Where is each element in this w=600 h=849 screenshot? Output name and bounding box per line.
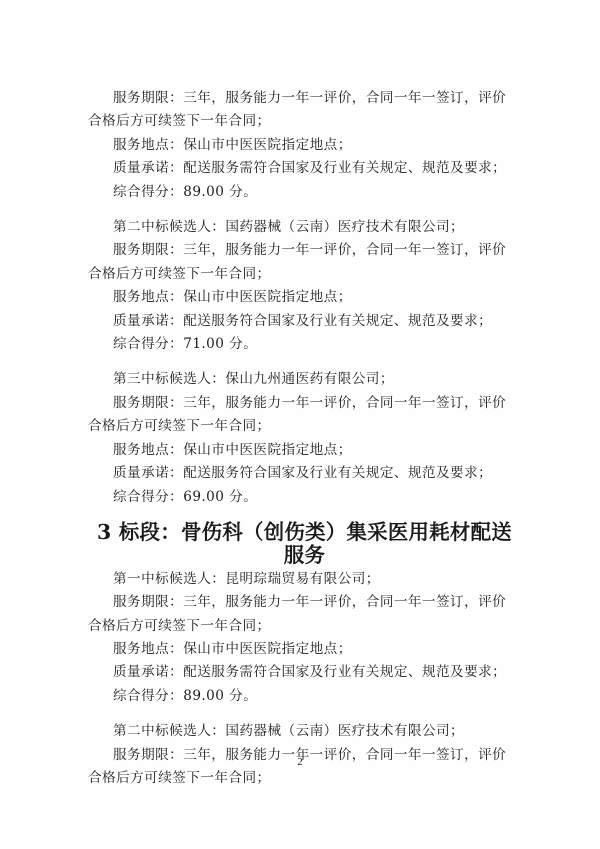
total-score: 综合得分：89.00 分。 xyxy=(88,685,513,708)
third-candidate-block: 第三中标候选人：保山九州通医药有限公司； 服务期限：三年，服务能力一年一评价，合… xyxy=(88,368,513,508)
document-body: 服务期限：三年，服务能力一年一评价，合同一年一签订，评价合格后方可续签下一年合同… xyxy=(88,87,513,790)
service-period: 服务期限：三年，服务能力一年一评价，合同一年一签订，评价合格后方可续签下一年合同… xyxy=(88,392,513,439)
service-location: 服务地点：保山市中医医院指定地点； xyxy=(88,638,513,661)
total-score: 综合得分：71.00 分。 xyxy=(88,333,513,356)
quality-commitment: 质量承诺：配送服务符合国家及行业有关规定、规范及要求； xyxy=(88,310,513,333)
paragraph-gap xyxy=(88,708,513,720)
service-location: 服务地点：保山市中医医院指定地点； xyxy=(88,439,513,462)
section-heading: 3 标段：骨伤科（创伤类）集采医用耗材配送服务 xyxy=(88,521,513,568)
second-candidate-block: 第二中标候选人：国药器械（云南）医疗技术有限公司； 服务期限：三年，服务能力一年… xyxy=(88,216,513,356)
service-location: 服务地点：保山市中医医院指定地点； xyxy=(88,134,513,157)
candidate-name: 第三中标候选人：保山九州通医药有限公司； xyxy=(88,368,513,391)
total-score: 综合得分：89.00 分。 xyxy=(88,181,513,204)
service-period: 服务期限：三年，服务能力一年一评价，合同一年一签订，评价合格后方可续签下一年合同… xyxy=(88,87,513,134)
lot-3-section: 3 标段：骨伤科（创伤类）集采医用耗材配送服务 第一中标候选人：昆明琮瑞贸易有限… xyxy=(88,521,513,790)
service-period: 服务期限：三年，服务能力一年一评价，合同一年一签订，评价合格后方可续签下一年合同… xyxy=(88,591,513,638)
paragraph-gap xyxy=(88,356,513,368)
document-page: 服务期限：三年，服务能力一年一评价，合同一年一签订，评价合格后方可续签下一年合同… xyxy=(0,0,600,849)
quality-commitment: 质量承诺：配送服务需符合国家及行业有关规定、规范及要求； xyxy=(88,661,513,684)
service-period: 服务期限：三年，服务能力一年一评价，合同一年一签订，评价合格后方可续签下一年合同… xyxy=(88,239,513,286)
candidate-name: 第二中标候选人：国药器械（云南）医疗技术有限公司； xyxy=(88,720,513,743)
candidate-name: 第二中标候选人：国药器械（云南）医疗技术有限公司； xyxy=(88,216,513,239)
lot-3-first-candidate-block: 第一中标候选人：昆明琮瑞贸易有限公司； 服务期限：三年，服务能力一年一评价，合同… xyxy=(88,568,513,708)
quality-commitment: 质量承诺：配送服务符合国家及行业有关规定、规范及要求； xyxy=(88,462,513,485)
total-score: 综合得分：69.00 分。 xyxy=(88,486,513,509)
previous-candidate-block: 服务期限：三年，服务能力一年一评价，合同一年一签订，评价合格后方可续签下一年合同… xyxy=(88,87,513,204)
service-location: 服务地点：保山市中医医院指定地点； xyxy=(88,286,513,309)
paragraph-gap xyxy=(88,204,513,216)
candidate-name: 第一中标候选人：昆明琮瑞贸易有限公司； xyxy=(88,568,513,591)
page-number: 2 xyxy=(0,756,600,768)
quality-commitment: 质量承诺：配送服务需符合国家及行业有关规定、规范及要求； xyxy=(88,157,513,180)
